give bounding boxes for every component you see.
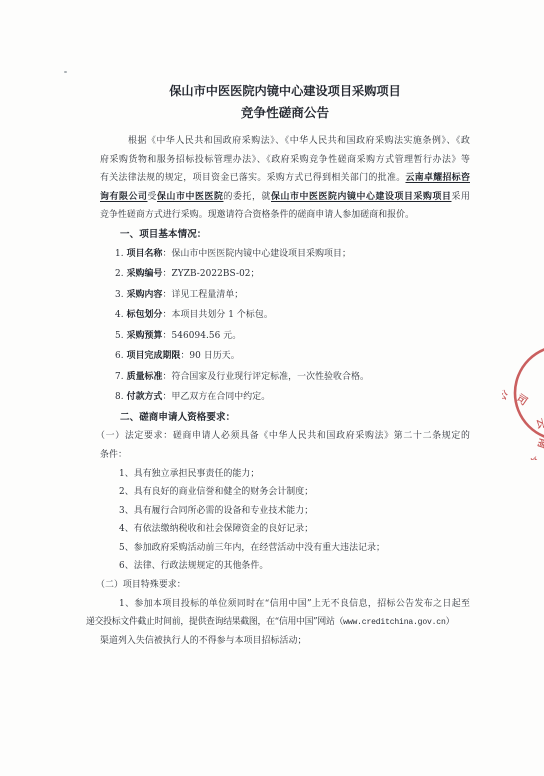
doc-line: 1、具有独立承担民事责任的能力； bbox=[100, 465, 470, 484]
doc-text-run: 3、具有履行合同所必需的设备和专业技术能力； bbox=[119, 506, 313, 516]
document-content: 保山市中医医院内镜中心建设项目采购项目 竞争性磋商公告 根据《中华人民共和国政府… bbox=[100, 80, 470, 651]
doc-line: 5、参加政府采购活动前三年内，在经营活动中没有重大违法记录； bbox=[100, 539, 470, 558]
doc-text-run: 2、具有良好的商业信誉和健全的财务会计制度； bbox=[119, 487, 313, 497]
doc-text-run: 采购编号 bbox=[127, 269, 163, 279]
doc-text-run: 1、参加本项目投标的单位须同时在“信用中国”上无不良信息，招标公告发布之日起至 bbox=[119, 599, 470, 609]
document-title: 保山市中医医院内镜中心建设项目采购项目 bbox=[100, 80, 470, 102]
doc-text-run: 7. bbox=[115, 372, 127, 382]
doc-text-run: 1、具有独立承担民事责任的能力； bbox=[119, 469, 259, 479]
doc-line: （二）项目特殊要求： bbox=[96, 576, 470, 595]
doc-line: 3. 采购内容：详见工程量清单； bbox=[100, 285, 470, 306]
doc-line: 5. 采购预算：546094.56 元。 bbox=[100, 326, 470, 347]
doc-line: 府采购货物和服务招标投标管理办法》、《政府采购竞争性磋商采购方式管理暂行办法》等 bbox=[100, 151, 470, 170]
doc-text-run: ：保山市中医医院内镜中心建设项目采购项目； bbox=[163, 249, 351, 259]
doc-text-run: 条件： bbox=[100, 450, 127, 460]
doc-text-run: 3. bbox=[115, 290, 127, 300]
doc-text-run: ：符合国家及行业现行评定标准，一次性验收合格。 bbox=[163, 372, 369, 382]
doc-text-run: 4. bbox=[115, 310, 127, 320]
doc-text-run: 根据《中华人民共和国政府采购法》、《中华人民共和国政府采购法实施条例》、《政 bbox=[128, 136, 470, 146]
doc-line: 2. 采购编号：ZYZB-2022BS-02； bbox=[100, 264, 470, 285]
doc-text-run: ：本项目共划分 1 个标包。 bbox=[163, 310, 273, 320]
doc-text-run: 5. bbox=[115, 331, 127, 341]
doc-line: 1. 项目名称：保山市中医医院内镜中心建设项目采购项目； bbox=[100, 244, 470, 265]
doc-line: 询有限公司受保山市中医医院的委托，就保山市中医医院内镜中心建设项目采购项目采用 bbox=[100, 188, 470, 207]
doc-line: 4、有依法缴纳税收和社会保障资金的良好记录； bbox=[100, 520, 470, 539]
doc-text-run: 标包划分 bbox=[127, 310, 163, 320]
doc-line: 2、具有良好的商业信誉和健全的财务会计制度； bbox=[100, 483, 470, 502]
scan-artifact-dot bbox=[64, 71, 67, 73]
doc-line: 3、具有履行合同所必需的设备和专业技术能力； bbox=[100, 502, 470, 521]
document-lines: 根据《中华人民共和国政府采购法》、《中华人民共和国政府采购法实施条例》、《政府采… bbox=[100, 132, 470, 651]
doc-line: 渠道列入失信被执行人的不得参与本项目招标活动； bbox=[100, 632, 470, 651]
doc-text-run: 质量标准 bbox=[127, 372, 163, 382]
doc-line: 1、参加本项目投标的单位须同时在“信用中国”上无不良信息，招标公告发布之日起至 bbox=[100, 595, 470, 614]
doc-text-run: 付款方式 bbox=[127, 392, 163, 402]
doc-line: 条件： bbox=[100, 446, 470, 465]
title-gap bbox=[100, 124, 470, 132]
doc-text-run: （二）项目特殊要求： bbox=[96, 580, 186, 590]
doc-text-run: 采购内容 bbox=[127, 290, 163, 300]
doc-text-run: 6、法律、行政法规规定的其他条件。 bbox=[119, 561, 268, 571]
doc-text-run: 项目名称 bbox=[127, 249, 163, 259]
doc-text-run: 有关法律法规的规定，项目资金已落实。采购方式已得到相关部门的批准。 bbox=[100, 173, 405, 183]
doc-text-run: 4、有依法缴纳税收和社会保障资金的良好记录； bbox=[119, 524, 313, 534]
doc-text-run: 府采购货物和服务招标投标管理办法》、《政府采购竞争性磋商采购方式管理暂行办法》等 bbox=[100, 155, 470, 165]
doc-text-run: ：ZYZB-2022BS-02； bbox=[163, 269, 260, 279]
doc-line: 有关法律法规的规定，项目资金已落实。采购方式已得到相关部门的批准。云南卓耀招标咨 bbox=[100, 169, 470, 188]
doc-text-run: ：甲乙双方在合同中约定。 bbox=[163, 392, 271, 402]
doc-text-run: 保山市中医医院 bbox=[157, 192, 224, 202]
doc-line: 根据《中华人民共和国政府采购法》、《中华人民共和国政府采购法实施条例》、《政 bbox=[100, 132, 470, 151]
document-subtitle: 竞争性磋商公告 bbox=[100, 102, 470, 124]
doc-text-run: 受 bbox=[148, 192, 158, 202]
doc-line: 6. 项目完成期限：90 日历天。 bbox=[100, 346, 470, 367]
doc-text-run: ：详见工程量清单； bbox=[163, 290, 244, 300]
doc-text-run: www.creditchina.gov.cn bbox=[343, 618, 445, 627]
doc-line: 8. 付款方式：甲乙双方在合同中约定。 bbox=[100, 387, 470, 408]
doc-text-run: 6. bbox=[115, 351, 127, 361]
doc-line: 7. 质量标准：符合国家及行业现行评定标准，一次性验收合格。 bbox=[100, 367, 470, 388]
seal-text: 云南卓耀招标咨询有限公司 bbox=[502, 389, 544, 460]
doc-text-run: 一、项目基本情况： bbox=[120, 229, 206, 240]
doc-text-run: ：546094.56 元。 bbox=[163, 331, 242, 341]
doc-text-run: 项目完成期限 bbox=[127, 351, 181, 361]
doc-text-run: 8. bbox=[115, 392, 127, 402]
doc-text-run: 二、磋商申请人资格要求： bbox=[120, 412, 235, 423]
stamp-text-path: 云南卓耀招标咨询有限公司 bbox=[502, 389, 544, 460]
doc-line: 二、磋商申请人资格要求： bbox=[100, 408, 470, 427]
doc-text-run: ） bbox=[446, 617, 455, 627]
doc-text-run: 采用 bbox=[452, 192, 470, 202]
doc-text-run: 5、参加政府采购活动前三年内，在经营活动中没有重大违法记录； bbox=[119, 543, 385, 553]
doc-text-run: 询有限公司 bbox=[100, 192, 148, 202]
doc-text-run: 云南卓耀招标咨 bbox=[405, 173, 470, 183]
doc-text-run: （一）法定要求：磋商申请人必须具备《中华人民共和国政府采购法》第二十二条规定的 bbox=[96, 431, 470, 441]
doc-text-run: 递交投标文件截止时间前，提供查询结果截图，在“信用中国”网站（ bbox=[86, 617, 343, 627]
doc-line: 4. 标包划分：本项目共划分 1 个标包。 bbox=[100, 305, 470, 326]
doc-text-run: 采购预算 bbox=[127, 331, 163, 341]
doc-text-run: 竞争性磋商方式进行采购。现邀请符合资格条件的磋商申请人参加磋商和报价。 bbox=[100, 210, 414, 220]
doc-line: 竞争性磋商方式进行采购。现邀请符合资格条件的磋商申请人参加磋商和报价。 bbox=[100, 206, 470, 225]
doc-line: （一）法定要求：磋商申请人必须具备《中华人民共和国政府采购法》第二十二条规定的 bbox=[96, 427, 470, 446]
doc-line: 6、法律、行政法规规定的其他条件。 bbox=[100, 557, 470, 576]
doc-text-run: 1. bbox=[115, 249, 127, 259]
doc-text-run: 渠道列入失信被执行人的不得参与本项目招标活动； bbox=[100, 636, 306, 646]
doc-text-run: 保山市中医医院内镜中心建设项目采购项目 bbox=[271, 192, 452, 202]
doc-text-run: 2. bbox=[115, 269, 127, 279]
doc-line: 递交投标文件截止时间前，提供查询结果截图，在“信用中国”网站（www.credi… bbox=[86, 613, 486, 632]
company-seal-stamp-icon: 云南卓耀招标咨询有限公司 bbox=[502, 330, 544, 460]
doc-text-run: ：90 日历天。 bbox=[180, 351, 239, 361]
scanned-document-page: 保山市中医医院内镜中心建设项目采购项目 竞争性磋商公告 根据《中华人民共和国政府… bbox=[0, 0, 544, 776]
doc-line: 一、项目基本情况： bbox=[100, 225, 470, 244]
doc-text-run: 的委托，就 bbox=[224, 192, 272, 202]
